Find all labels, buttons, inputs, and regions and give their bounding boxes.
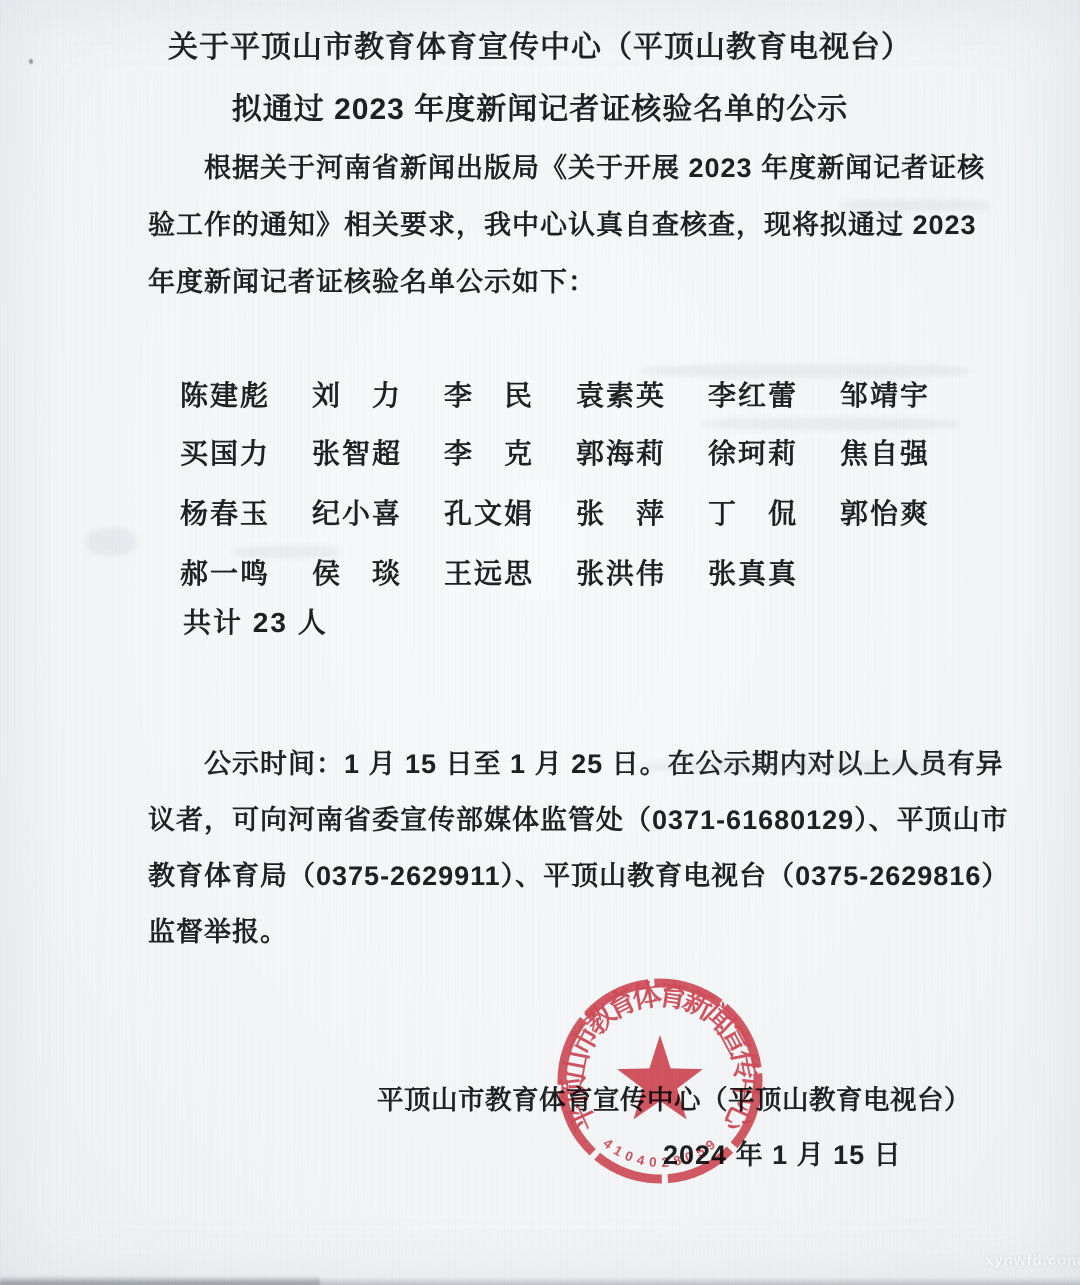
bleed-through-artifact — [700, 418, 960, 430]
site-watermark: xynwfd.com — [985, 1252, 1080, 1269]
intro-line: 年度新闻记者证核验名单公示如下： — [148, 260, 948, 299]
person-name: 李红蕾 — [708, 374, 796, 408]
person-name: 袁素英 — [576, 374, 664, 408]
doc-title-line-1: 关于平顶山市教育体育宣传中心（平顶山教育电视台） — [0, 22, 1080, 66]
notice-line: 监督举报。 — [148, 910, 948, 949]
intro-line: 根据关于河南省新闻出版局《关于开展 2023 年度新闻记者证核 — [148, 146, 1004, 185]
scan-corner-shadow — [0, 1275, 320, 1285]
person-name: 李 民 — [444, 374, 532, 408]
bleed-through-artifact — [840, 200, 990, 211]
person-name: 孔文娟 — [444, 492, 532, 526]
person-name: 陈建彪 — [180, 374, 268, 408]
person-name: 纪小喜 — [312, 492, 400, 526]
person-name: 丁 侃 — [708, 492, 796, 526]
person-name: 徐珂莉 — [708, 432, 796, 466]
notice-line: 议者，可向河南省委宣传部媒体监管处（0371-61680129）、平顶山市 — [148, 798, 948, 837]
name-list-row: 陈建彪 刘 力 李 民 袁素英 李红蕾 邹靖宇 — [180, 374, 928, 408]
bleed-through-artifact — [640, 364, 970, 378]
person-name: 李 克 — [444, 432, 532, 466]
person-name: 买国力 — [180, 432, 268, 466]
person-name: 杨春玉 — [180, 492, 268, 526]
total-count-line: 共计 23 人 — [183, 601, 328, 641]
scan-speck-artifact — [29, 59, 33, 64]
person-name: 张 萍 — [576, 492, 664, 526]
person-name: 王远思 — [444, 552, 532, 586]
bleed-through-artifact — [640, 760, 960, 773]
person-name: 张洪伟 — [576, 552, 664, 586]
person-name: 郭海莉 — [576, 432, 664, 466]
notice-line: 教育体育局（0375-2629911）、平顶山教育电视台（0375-262981… — [148, 854, 948, 893]
person-name: 刘 力 — [312, 374, 400, 408]
person-name: 邹靖宇 — [840, 374, 928, 408]
intro-line: 验工作的通知》相关要求，我中心认真自查核查，现将拟通过 2023 — [148, 203, 948, 242]
scanned-document-page: 关于平顶山市教育体育宣传中心（平顶山教育电视台） 拟通过 2023 年度新闻记者… — [0, 0, 1080, 1285]
name-list-row: 买国力 张智超 李 克 郭海莉 徐珂莉 焦自强 — [180, 432, 928, 466]
official-seal-stamp: 平顶山市教育体育新闻宣传中心 4104028059 — [535, 956, 785, 1206]
person-name: 郭怡爽 — [840, 492, 928, 526]
person-name: 焦自强 — [840, 432, 928, 466]
seal-star-icon — [617, 1035, 703, 1119]
person-name: 侯 琰 — [312, 552, 400, 586]
person-name: 张真真 — [708, 552, 796, 586]
bleed-through-artifact — [232, 546, 342, 558]
bleed-through-artifact — [86, 528, 136, 556]
name-list-row: 杨春玉 纪小喜 孔文娟 张 萍 丁 侃 郭怡爽 — [180, 492, 928, 526]
person-name: 张智超 — [312, 432, 400, 466]
doc-title-line-2: 拟通过 2023 年度新闻记者证核验名单的公示 — [0, 84, 1080, 128]
